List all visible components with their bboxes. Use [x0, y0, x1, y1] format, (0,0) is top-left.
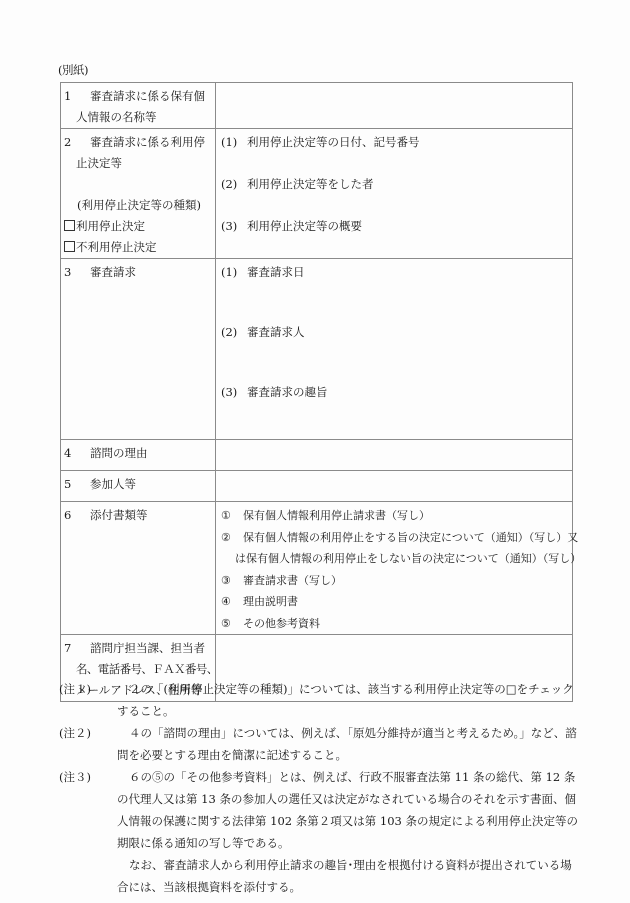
row-5-value-field[interactable]: [216, 471, 573, 502]
sub-item-decision-maker: (2)利用停止決定等をした者: [221, 174, 570, 195]
note-1: (注１) ２の「(利用停止決定等の種類)」については、該当する利用停止決定等の□…: [59, 678, 579, 722]
row-5-label: 5参加人等: [61, 471, 216, 502]
checkbox-icon[interactable]: [64, 220, 75, 231]
review-request-form-table: 1審査請求に係る保有個 人情報の名称等 2審査請求に係る利用停 止決定等 (利用…: [60, 82, 573, 702]
checkbox-suspension-decision[interactable]: 利用停止決定: [64, 216, 213, 237]
checkbox-icon[interactable]: [64, 241, 75, 252]
row-3-label: 3審査請求: [61, 259, 216, 440]
row-4-label: 4諮問の理由: [61, 440, 216, 471]
attachment-item: ②保有個人情報の利用停止をする旨の決定について（通知）（写し）又: [221, 527, 570, 549]
sub-item-requester: (2)審査請求人: [221, 322, 570, 343]
decision-type-heading: (利用停止決定等の種類): [64, 195, 213, 216]
attachment-item: ③審査請求書（写し）: [221, 570, 570, 592]
table-row-3: 3審査請求 (1)審査請求日 (2)審査請求人 (3)審査請求の趣旨: [61, 259, 573, 440]
row-3-value-field[interactable]: (1)審査請求日 (2)審査請求人 (3)審査請求の趣旨: [216, 259, 573, 440]
attachment-item: ④理由説明書: [221, 591, 570, 613]
table-row-5: 5参加人等: [61, 471, 573, 502]
attachment-label: (別紙): [58, 62, 88, 78]
note-2: (注２) ４の「諮問の理由」については、例えば、「原処分維持が適当と考えるため。…: [59, 722, 579, 766]
table-row-2: 2審査請求に係る利用停 止決定等 (利用停止決定等の種類) 利用停止決定 不利用…: [61, 129, 573, 259]
row-4-value-field[interactable]: [216, 440, 573, 471]
attachment-item: ⑤その他参考資料: [221, 613, 570, 635]
row-number: 1: [64, 86, 90, 107]
table-row-1: 1審査請求に係る保有個 人情報の名称等: [61, 83, 573, 129]
note-3: (注３) ６の⑤の「その他参考資料」とは、例えば、行政不服審査法第 11 条の総…: [59, 766, 579, 898]
sub-item-request-purpose: (3)審査請求の趣旨: [221, 382, 570, 403]
table-row-4: 4諮問の理由: [61, 440, 573, 471]
row-6-attachments: ①保有個人情報利用停止請求書（写し） ②保有個人情報の利用停止をする旨の決定につ…: [216, 502, 573, 635]
checkbox-non-suspension-decision[interactable]: 不利用停止決定: [64, 237, 213, 258]
row-2-label: 2審査請求に係る利用停 止決定等 (利用停止決定等の種類) 利用停止決定 不利用…: [61, 129, 216, 259]
row-1-value-field[interactable]: [216, 83, 573, 129]
row-6-label: 6添付書類等: [61, 502, 216, 635]
sub-item-request-date: (1)審査請求日: [221, 262, 570, 283]
row-2-value-field[interactable]: (1)利用停止決定等の日付、記号番号 (2)利用停止決定等をした者 (3)利用停…: [216, 129, 573, 259]
notes-section: (注１) ２の「(利用停止決定等の種類)」については、該当する利用停止決定等の□…: [59, 678, 579, 898]
attachment-item: ①保有個人情報利用停止請求書（写し）: [221, 505, 570, 527]
sub-item-decision-summary: (3)利用停止決定等の概要: [221, 216, 570, 237]
row-1-label: 1審査請求に係る保有個 人情報の名称等: [61, 83, 216, 129]
sub-item-decision-date: (1)利用停止決定等の日付、記号番号: [221, 132, 570, 153]
table-row-6: 6添付書類等 ①保有個人情報利用停止請求書（写し） ②保有個人情報の利用停止をす…: [61, 502, 573, 635]
